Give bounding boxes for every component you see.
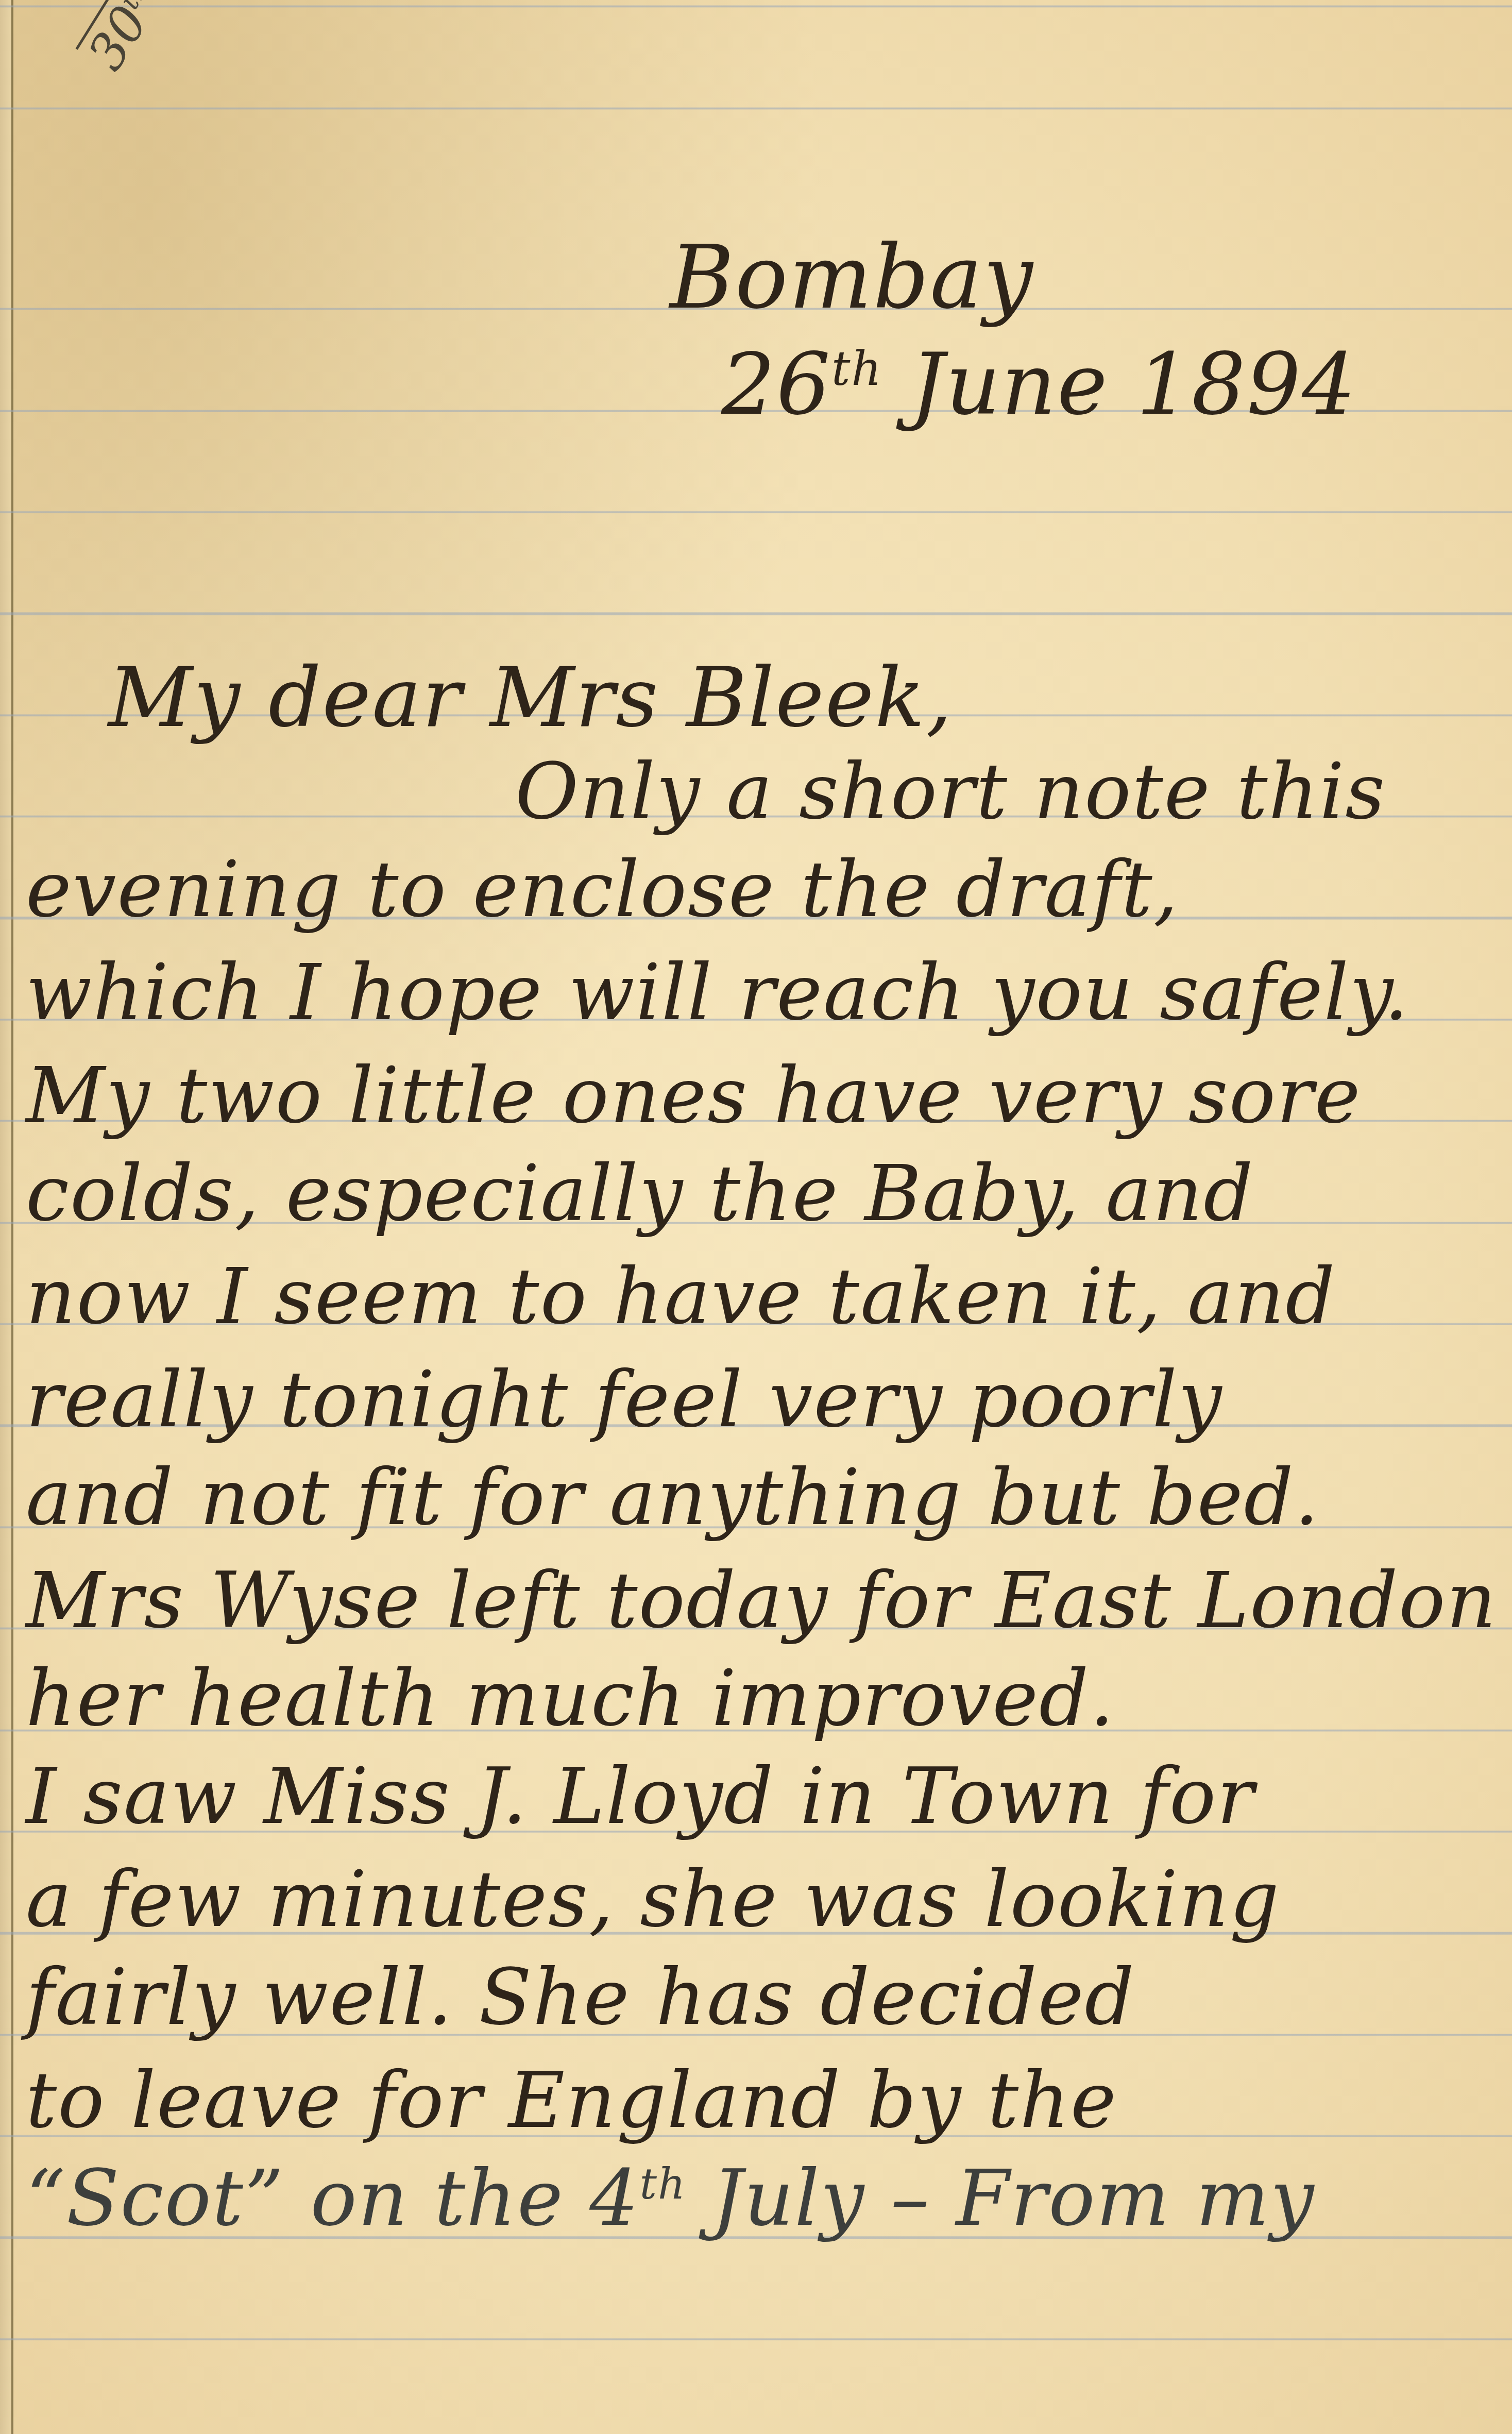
body-line: now I seem to have taken it, and	[26, 1252, 1336, 1342]
body-text: July – From my	[686, 2154, 1315, 2243]
body-line: Mrs Wyse left today for East London	[26, 1556, 1497, 1646]
body-line: really tonight feel very poorly	[26, 1355, 1222, 1445]
date-day: 26	[721, 335, 831, 434]
date-suffix: th	[831, 342, 882, 396]
body-line: Only a short note this	[515, 747, 1386, 837]
page-edge-shadow	[0, 0, 11, 2434]
body-line: a few minutes, she was looking	[26, 1855, 1280, 1945]
body-line: My two little ones have very sore	[26, 1051, 1362, 1141]
margin-note-date: 30th August	[78, 0, 273, 78]
body-line: evening to enclose the draft,	[26, 845, 1179, 935]
body-line: I saw Miss J. Lloyd in Town for	[26, 1752, 1255, 1841]
body-line: and not fit for anything but bed.	[26, 1453, 1320, 1543]
letter-place: Bombay	[670, 227, 1034, 329]
body-line: colds, especially the Baby, and	[26, 1149, 1254, 1239]
ordinal-suffix: th	[640, 2159, 686, 2209]
date-month-year: June 1894	[910, 335, 1357, 434]
fold-line	[11, 0, 13, 2434]
body-line: fairly well. She has decided	[26, 1953, 1135, 2042]
body-line-last: “Scot” on the 4th July – From my	[26, 2154, 1315, 2243]
letter-page: a 30th August Bombay 26th June 1894 My d…	[0, 0, 1512, 2434]
margin-note-fraction: a 30th August	[31, 0, 273, 78]
body-line: to leave for England by the	[26, 2056, 1117, 2145]
pencil-margin-note: a 30th August	[31, 0, 276, 80]
letter-date: 26th June 1894	[721, 335, 1357, 434]
body-line: her health much improved.	[26, 1654, 1115, 1744]
body-text: “Scot” on the 4	[26, 2154, 640, 2243]
body-line: which I hope will reach you safely.	[26, 948, 1409, 1038]
salutation: My dear Mrs Bleek,	[108, 649, 953, 746]
